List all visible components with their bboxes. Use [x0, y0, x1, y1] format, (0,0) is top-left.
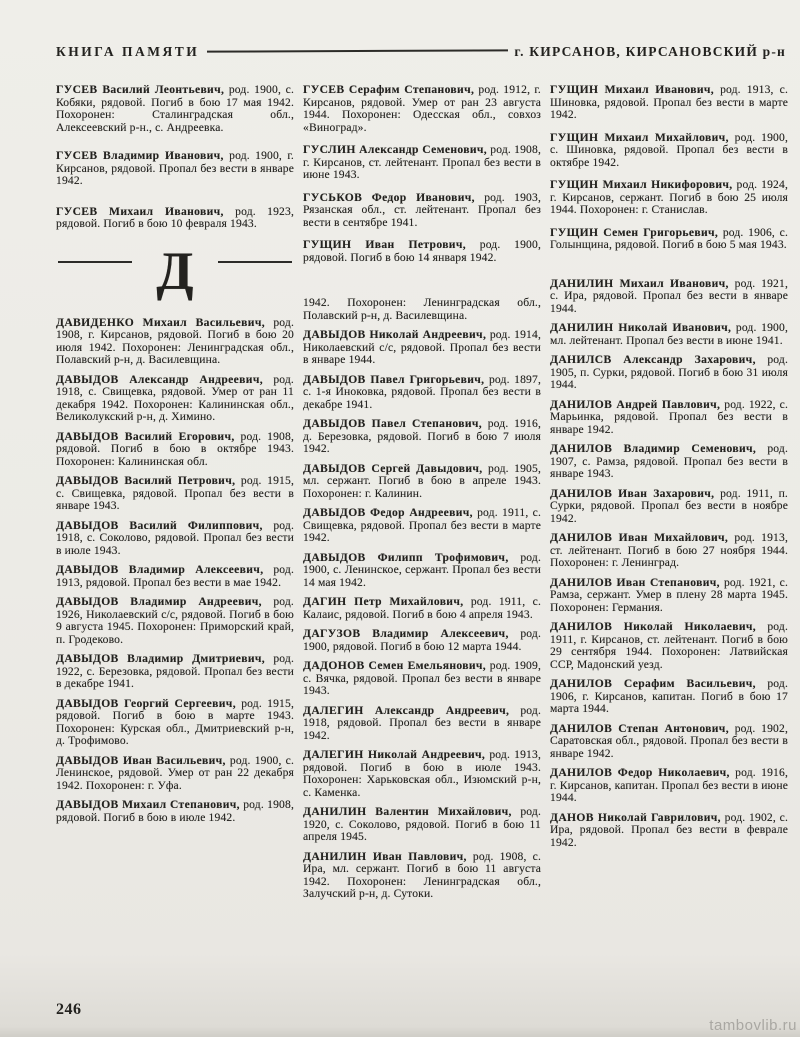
- memorial-entry: ДАНИЛОВ Иван Степанович, род. 1921, с. Р…: [550, 577, 788, 615]
- entry-name: ДАВЫДОВ Александр Андреевич,: [56, 373, 263, 386]
- memorial-entry: ДАВЫДОВ Владимир Андреевич, род. 1926, Н…: [56, 596, 294, 646]
- entry-name: ДАЛЕГИН Александр Андреевич,: [303, 704, 509, 717]
- entry-name: ГУЩИН Семен Григорьевич,: [550, 226, 718, 239]
- memorial-entry: ДАВЫДОВ Павел Григорьевич, род. 1897, с.…: [303, 374, 541, 412]
- memorial-entry: ДАНИЛИН Николай Иванович, род. 1900, мл.…: [550, 322, 788, 347]
- memorial-entry: ДАДОНОВ Семен Емельянович, род. 1909, с.…: [303, 660, 541, 698]
- memorial-entry: ДАВЫДОВ Филипп Трофимович, род. 1900, с.…: [303, 552, 541, 590]
- memorial-entry: ДАЛЕГИН Николай Андреевич, род. 1913, ря…: [303, 749, 541, 799]
- memorial-entry: ДАВЫДОВ Михаил Степанович, род. 1908, ря…: [56, 799, 294, 824]
- entry-name: ДАГУЗОВ Владимир Алексеевич,: [303, 627, 509, 640]
- section-letter-divider: Д: [58, 246, 292, 296]
- memorial-entry: ДАНИЛОВ Николай Николаевич, род. 1911, г…: [550, 621, 788, 671]
- library-watermark: tambovlib.ru: [709, 1017, 797, 1034]
- memorial-entry: ДАВЫДОВ Владимир Дмитриевич, род. 1922, …: [56, 653, 294, 691]
- entry-name: ДАНИЛОВ Иван Михайлович,: [550, 531, 728, 544]
- entry-name: ДАВЫДОВ Павел Степанович,: [303, 417, 482, 430]
- entry-name: ДАНИЛИН Валентин Михайлович,: [303, 805, 512, 818]
- entry-name: ДАВЫДОВ Георгий Сергеевич,: [56, 697, 236, 710]
- entry-name: ГУСЕВ Василий Леонтьевич,: [56, 83, 224, 96]
- memorial-entry: ГУЩИН Семен Григорьевич, род. 1906, с. Г…: [550, 227, 788, 252]
- entry-name: ДАВЫДОВ Василий Филиппович,: [56, 519, 263, 532]
- entry-name: ГУСЕВ Михаил Иванович,: [56, 205, 224, 218]
- memorial-entry: ГУЩИН Михаил Михайлович, род. 1900, с. Ш…: [550, 132, 788, 170]
- entry-name: ДАНИЛОВ Николай Николаевич,: [550, 620, 756, 633]
- entry-name: ДАНИЛИН Николай Иванович,: [550, 321, 731, 334]
- memorial-entry: ДАГИН Петр Михайлович, род. 1911, с. Кал…: [303, 596, 541, 621]
- column-spacer: [303, 264, 541, 297]
- entry-name: ДАВЫДОВ Владимир Дмитриевич,: [56, 652, 265, 665]
- memorial-entry: ДАВЫДОВ Федор Андреевич, род. 1911, с. С…: [303, 507, 541, 545]
- columns-container: ГУСЕВ Василий Леонтьевич, род. 1900, с. …: [56, 84, 788, 908]
- memorial-entry: ГУСЕВ Михаил Иванович, род. 1923, рядово…: [56, 206, 294, 231]
- entry-name: ДАВЫДОВ Василий Петрович,: [56, 474, 235, 487]
- entry-name: ГУСЕВ Владимир Иванович,: [56, 149, 224, 162]
- memorial-entry: ДАНИЛОВ Владимир Семенович, род. 1907, с…: [550, 443, 788, 481]
- memorial-entry: ДАВЫДОВ Сергей Давыдович, род. 1905, мл.…: [303, 463, 541, 501]
- memorial-entry: ДАНИЛОВ Иван Михайлович, род. 1913, ст. …: [550, 532, 788, 570]
- memorial-entry: ГУСЕВ Владимир Иванович, род. 1900, г. К…: [56, 150, 294, 188]
- memorial-entry: ГУЩИН Иван Петрович, род. 1900, рядовой.…: [303, 239, 541, 264]
- entry-name: ДАДОНОВ Семен Емельянович,: [303, 659, 486, 672]
- entry-name: ДАВЫДОВ Филипп Трофимович,: [303, 551, 509, 564]
- memorial-entry: ДАВИДЕНКО Михаил Васильевич, род. 1908, …: [56, 317, 294, 367]
- memorial-entry: ГУСЕВ Василий Леонтьевич, род. 1900, с. …: [56, 84, 294, 134]
- entry-name: ГУЩИН Иван Петрович,: [303, 238, 466, 251]
- entry-name: ГУЩИН Михаил Михайлович,: [550, 131, 729, 144]
- entry-name: ДАНИЛОВ Серафим Васильевич,: [550, 677, 756, 690]
- entry-name: ДАНОВ Николай Гаврилович,: [550, 811, 721, 824]
- entry-name: ДАВЫДОВ Михаил Степанович,: [56, 798, 240, 811]
- memorial-entry: ДАГУЗОВ Владимир Алексеевич, род. 1900, …: [303, 628, 541, 653]
- memorial-entry: ДАВЫДОВ Павел Степанович, род. 1916, д. …: [303, 418, 541, 456]
- memorial-entry: ДАВЫДОВ Василий Петрович, род. 1915, с. …: [56, 475, 294, 513]
- memorial-entry: ДАВЫДОВ Василий Филиппович, род. 1918, с…: [56, 520, 294, 558]
- entry-name: ДАНИЛОВ Степан Антонович,: [550, 722, 729, 735]
- memorial-entry: ДАНИЛОВ Андрей Павлович, род. 1922, с. М…: [550, 399, 788, 437]
- entry-name: ГУСЕВ Серафим Степанович,: [303, 83, 474, 96]
- book-page: КНИГА ПАМЯТИ г. КИРСАНОВ, КИРСАНОВСКИЙ р…: [0, 0, 800, 1037]
- book-title: КНИГА ПАМЯТИ: [56, 44, 199, 60]
- entry-name: ДАВЫДОВ Василий Егорович,: [56, 430, 235, 443]
- section-letter: Д: [132, 246, 217, 296]
- memorial-entry: ДАВЫДОВ Георгий Сергеевич, род. 1915, ря…: [56, 698, 294, 748]
- entry-name: ДАВЫДОВ Владимир Андреевич,: [56, 595, 262, 608]
- memorial-entry: ДАНИЛИН Валентин Михайлович, род. 1920, …: [303, 806, 541, 844]
- memorial-entry: ГУЩИН Михаил Иванович, род. 1913, с. Шин…: [550, 84, 788, 122]
- entry-name: ДАВЫДОВ Николай Андреевич,: [303, 328, 486, 341]
- entry-name: ДАЛЕГИН Николай Андреевич,: [303, 748, 485, 761]
- entry-name: ДАВЫДОВ Владимир Алексеевич,: [56, 563, 263, 576]
- divider-rule: [58, 261, 132, 263]
- column-1: ГУСЕВ Василий Леонтьевич, род. 1900, с. …: [56, 84, 294, 908]
- entry-name: ДАНИЛИН Михаил Иванович,: [550, 277, 729, 290]
- memorial-entry: ГУСЛИН Александр Семенович, род. 1908, г…: [303, 144, 541, 182]
- entry-name: ДАГИН Петр Михайлович,: [303, 595, 463, 608]
- memorial-entry: ДАНИЛОВ Федор Николаевич, род. 1916, г. …: [550, 767, 788, 805]
- entry-name: ДАНИЛИН Иван Павлович,: [303, 850, 467, 863]
- memorial-entry: ДАЛЕГИН Александр Андреевич, род. 1918, …: [303, 705, 541, 743]
- header-rule: [207, 49, 508, 52]
- entry-name: ДАНИЛСВ Александр Захарович,: [550, 353, 756, 366]
- page-header: КНИГА ПАМЯТИ г. КИРСАНОВ, КИРСАНОВСКИЙ р…: [56, 44, 786, 60]
- memorial-entry: ДАНИЛОВ Степан Антонович, род. 1902, Сар…: [550, 723, 788, 761]
- entry-name: ДАВЫДОВ Иван Васильевич,: [56, 754, 226, 767]
- entry-name: ГУСЬКОВ Федор Иванович,: [303, 191, 475, 204]
- memorial-entry: ДАВЫДОВ Василий Егорович, род. 1908, ряд…: [56, 431, 294, 469]
- entry-continuation: 1942. Похоронен: Ленинградская обл., Пол…: [303, 297, 541, 322]
- memorial-entry: ДАНИЛСВ Александр Захарович, род. 1905, …: [550, 354, 788, 392]
- memorial-entry: ДАНОВ Николай Гаврилович, род. 1902, с. …: [550, 812, 788, 850]
- memorial-entry: ГУСЬКОВ Федор Иванович, род. 1903, Рязан…: [303, 192, 541, 230]
- memorial-entry: ДАВЫДОВ Иван Васильевич, род. 1900, с. Л…: [56, 755, 294, 793]
- entry-name: ДАВИДЕНКО Михаил Васильевич,: [56, 316, 265, 329]
- entry-name: ГУЩИН Михаил Никифорович,: [550, 178, 733, 191]
- divider-rule: [218, 261, 292, 263]
- entry-name: ДАНИЛОВ Владимир Семенович,: [550, 442, 756, 455]
- column-spacer: [550, 252, 788, 278]
- memorial-entry: ГУСЕВ Серафим Степанович, род. 1912, г. …: [303, 84, 541, 134]
- entry-name: ДАВЫДОВ Сергей Давыдович,: [303, 462, 483, 475]
- memorial-entry: ДАВЫДОВ Александр Андреевич, род. 1918, …: [56, 374, 294, 424]
- memorial-entry: ДАНИЛОВ Серафим Васильевич, род. 1906, г…: [550, 678, 788, 716]
- entry-name: ДАНИЛОВ Федор Николаевич,: [550, 766, 730, 779]
- entry-name: ДАНИЛОВ Иван Степанович,: [550, 576, 720, 589]
- memorial-entry: ДАНИЛИН Иван Павлович, род. 1908, с. Ира…: [303, 851, 541, 901]
- entry-name: ГУСЛИН Александр Семенович,: [303, 143, 487, 156]
- entry-name: ДАВЫДОВ Федор Андреевич,: [303, 506, 473, 519]
- memorial-entry: ГУЩИН Михаил Никифорович, род. 1924, г. …: [550, 179, 788, 217]
- column-2: ГУСЕВ Серафим Степанович, род. 1912, г. …: [303, 84, 541, 908]
- memorial-entry: ДАНИЛИН Михаил Иванович, род. 1921, с. И…: [550, 278, 788, 316]
- entry-name: ДАВЫДОВ Павел Григорьевич,: [303, 373, 484, 386]
- memorial-entry: ДАВЫДОВ Николай Андреевич, род. 1914, Ни…: [303, 329, 541, 367]
- page-number: 246: [56, 1001, 82, 1019]
- entry-name: ДАНИЛОВ Иван Захарович,: [550, 487, 714, 500]
- district-title: г. КИРСАНОВ, КИРСАНОВСКИЙ р-н: [514, 44, 786, 60]
- entry-name: ДАНИЛОВ Андрей Павлович,: [550, 398, 720, 411]
- memorial-entry: ДАНИЛОВ Иван Захарович, род. 1911, п. Су…: [550, 488, 788, 526]
- column-3: ГУЩИН Михаил Иванович, род. 1913, с. Шин…: [550, 84, 788, 908]
- entry-name: ГУЩИН Михаил Иванович,: [550, 83, 714, 96]
- memorial-entry: ДАВЫДОВ Владимир Алексеевич, род. 1913, …: [56, 564, 294, 589]
